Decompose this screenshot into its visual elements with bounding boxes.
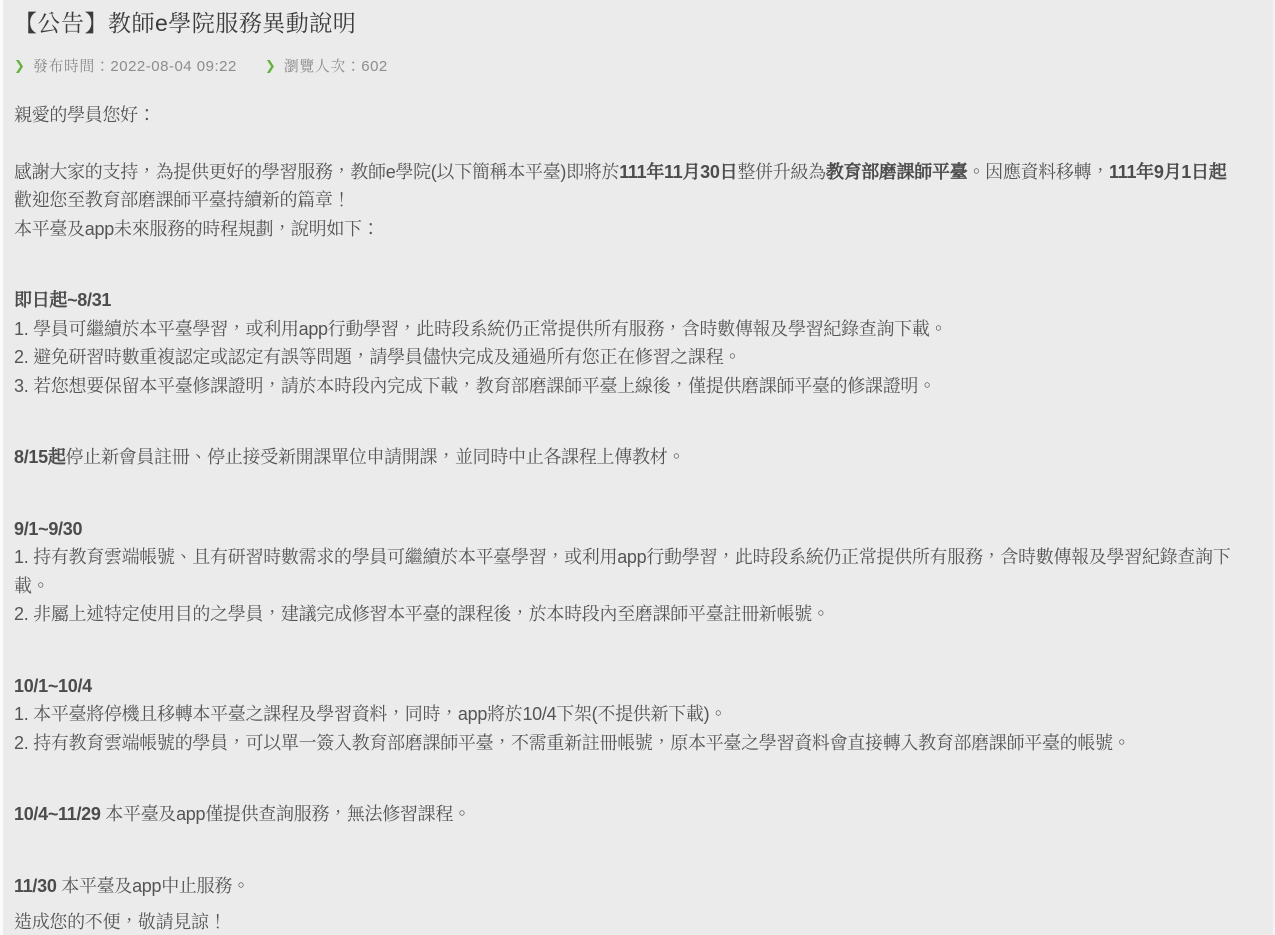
- paragraph-block: 10/1~10/41. 本平臺將停機且移轉本平臺之課程及學習資料，同時，app將…: [14, 672, 1263, 758]
- paragraph-block: 10/4~11/29 本平臺及app僅提供查詢服務，無法修習課程。: [14, 800, 1263, 829]
- bold-text-run: 111年11月30日: [619, 162, 737, 182]
- text-run: 本平臺及app僅提供查詢服務，無法修習課程。: [105, 804, 470, 824]
- text-run: 感謝大家的支持，為提供更好的學習服務，教師e學院(以下簡稱本平臺)即將於: [14, 162, 619, 182]
- bold-text-run: 教育部磨課師平臺: [826, 162, 968, 182]
- text-run: 2. 非屬上述特定使用目的之學員，建議完成修習本平臺的課程後，於本時段內至磨課師…: [14, 604, 830, 624]
- text-run: 2. 避免研習時數重複認定或認定有誤等問題，請學員儘快完成及通過所有您正在修習之…: [14, 347, 741, 367]
- paragraph-block: 感謝大家的支持，為提供更好的學習服務，教師e學院(以下簡稱本平臺)即將於111年…: [14, 158, 1263, 244]
- text-line: 2. 避免研習時數重複認定或認定有誤等問題，請學員儘快完成及通過所有您正在修習之…: [14, 343, 1263, 372]
- bold-text-run: 9/1~9/30: [14, 519, 82, 539]
- chevron-right-icon: ❯: [265, 59, 276, 72]
- text-run: 親愛的學員您好：: [14, 105, 156, 125]
- text-run: 載。: [14, 576, 49, 596]
- meta-row: ❯ 發布時間：2022-08-04 09:22 ❯ 瀏覽人次：602: [14, 55, 1263, 75]
- text-run: 3. 若您想要保留本平臺修課證明，請於本時段內完成下載，教育部磨課師平臺上線後，…: [14, 376, 936, 396]
- paragraph-block: 9/1~9/301. 持有教育雲端帳號、且有研習時數需求的學員可繼續於本平臺學習…: [14, 515, 1263, 629]
- publish-time-label: 發布時間：2022-08-04 09:22: [33, 55, 237, 76]
- text-run: 1. 持有教育雲端帳號、且有研習時數需求的學員可繼續於本平臺學習，或利用app行…: [14, 547, 1230, 567]
- text-run: 2. 持有教育雲端帳號的學員，可以單一簽入教育部磨課師平臺，不需重新註冊帳號，原…: [14, 733, 1131, 753]
- text-run: 整併升級為: [737, 162, 826, 182]
- announcement-body: 親愛的學員您好：感謝大家的支持，為提供更好的學習服務，教師e學院(以下簡稱本平臺…: [14, 101, 1263, 935]
- paragraph-block: 親愛的學員您好：: [14, 101, 1263, 130]
- text-line: 1. 持有教育雲端帳號、且有研習時數需求的學員可繼續於本平臺學習，或利用app行…: [14, 543, 1263, 572]
- text-run: 1. 本平臺將停機且移轉本平臺之課程及學習資料，同時，app將於10/4下架(不…: [14, 704, 727, 724]
- announcement-page: 【公告】教師e學院服務異動說明 ❯ 發布時間：2022-08-04 09:22 …: [0, 0, 1275, 935]
- text-line: 11/30 本平臺及app中止服務。: [14, 872, 1263, 901]
- bold-text-run: 11/30: [14, 876, 61, 896]
- text-line: 8/15起停止新會員註冊、停止接受新開課單位申請開課，並同時中止各課程上傳教材。: [14, 443, 1263, 472]
- text-run: 歡迎您至教育部磨課師平臺持續新的篇章！: [14, 190, 350, 210]
- chevron-right-icon: ❯: [14, 59, 25, 72]
- paragraph-block: 11/30 本平臺及app中止服務。: [14, 872, 1263, 901]
- publish-time: ❯ 發布時間：2022-08-04 09:22: [14, 55, 237, 76]
- text-line: 1. 學員可繼續於本平臺學習，或利用app行動學習，此時段系統仍正常提供所有服務…: [14, 315, 1263, 344]
- text-line: 10/4~11/29 本平臺及app僅提供查詢服務，無法修習課程。: [14, 800, 1263, 829]
- text-line: 9/1~9/30: [14, 515, 1263, 544]
- text-line: 1. 本平臺將停機且移轉本平臺之課程及學習資料，同時，app將於10/4下架(不…: [14, 700, 1263, 729]
- text-line: 造成您的不便，敬請見諒！: [14, 908, 1263, 935]
- bold-text-run: 111年9月1日起: [1109, 162, 1226, 182]
- text-line: 2. 非屬上述特定使用目的之學員，建議完成修習本平臺的課程後，於本時段內至磨課師…: [14, 600, 1263, 629]
- text-line: 親愛的學員您好：: [14, 101, 1263, 130]
- text-line: 2. 持有教育雲端帳號的學員，可以單一簽入教育部磨課師平臺，不需重新註冊帳號，原…: [14, 729, 1263, 758]
- paragraph-block: 即日起~8/311. 學員可繼續於本平臺學習，或利用app行動學習，此時段系統仍…: [14, 286, 1263, 400]
- text-run: 1. 學員可繼續於本平臺學習，或利用app行動學習，此時段系統仍正常提供所有服務…: [14, 319, 947, 339]
- text-line: 即日起~8/31: [14, 286, 1263, 315]
- paragraph-block: 造成您的不便，敬請見諒！: [14, 908, 1263, 935]
- paragraph-block: 8/15起停止新會員註冊、停止接受新開課單位申請開課，並同時中止各課程上傳教材。: [14, 443, 1263, 472]
- bold-text-run: 10/4~11/29: [14, 804, 105, 824]
- text-line: 本平臺及app未來服務的時程規劃，說明如下：: [14, 215, 1263, 244]
- text-line: 3. 若您想要保留本平臺修課證明，請於本時段內完成下載，教育部磨課師平臺上線後，…: [14, 372, 1263, 401]
- text-run: 停止新會員註冊、停止接受新開課單位申請開課，並同時中止各課程上傳教材。: [66, 447, 686, 467]
- announcement-title: 【公告】教師e學院服務異動說明: [14, 6, 1263, 38]
- bold-text-run: 10/1~10/4: [14, 676, 92, 696]
- text-line: 歡迎您至教育部磨課師平臺持續新的篇章！: [14, 186, 1263, 215]
- bold-text-run: 8/15起: [14, 447, 66, 467]
- view-count-label: 瀏覽人次：602: [284, 55, 388, 76]
- text-line: 10/1~10/4: [14, 672, 1263, 701]
- text-line: 載。: [14, 572, 1263, 601]
- text-line: 感謝大家的支持，為提供更好的學習服務，教師e學院(以下簡稱本平臺)即將於111年…: [14, 158, 1263, 187]
- text-run: 造成您的不便，敬請見諒！: [14, 912, 226, 932]
- view-count: ❯ 瀏覽人次：602: [265, 55, 388, 76]
- text-run: 本平臺及app中止服務。: [61, 876, 249, 896]
- text-run: 。因應資料移轉，: [967, 162, 1109, 182]
- bold-text-run: 即日起~8/31: [14, 290, 111, 310]
- text-run: 本平臺及app未來服務的時程規劃，說明如下：: [14, 219, 379, 239]
